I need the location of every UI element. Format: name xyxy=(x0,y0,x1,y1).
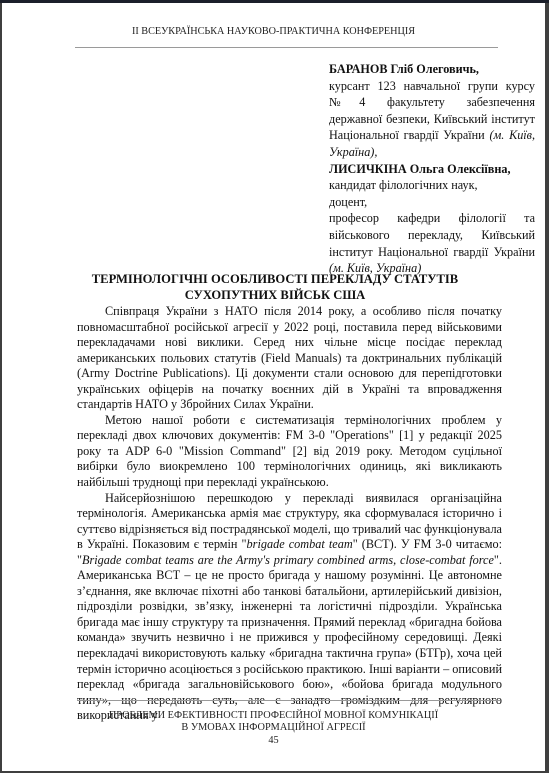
document-page: II ВСЕУКРАЇНСЬКА НАУКОВО-ПРАКТИЧНА КОНФЕ… xyxy=(2,3,545,771)
paragraph-1: Співпраця України з НАТО після 2014 року… xyxy=(77,304,502,413)
author-2-name: ЛИСИЧКІНА Ольга Олексіївна, xyxy=(329,161,535,178)
article-body: Співпраця України з НАТО після 2014 року… xyxy=(77,304,502,724)
paragraph-3: Найсерйознішою перешкодою у перекладі ви… xyxy=(77,491,502,724)
header-rule xyxy=(75,47,498,48)
author-block: БАРАНОВ Гліб Олеговичь, курсант 123 навч… xyxy=(329,61,535,277)
author-1-name: БАРАНОВ Гліб Олеговичь, xyxy=(329,61,535,78)
running-header: II ВСЕУКРАЇНСЬКА НАУКОВО-ПРАКТИЧНА КОНФЕ… xyxy=(2,26,545,37)
footer-line-2: В УМОВАХ ІНФОРМАЦІЙНОЇ АГРЕСІЇ xyxy=(2,722,545,734)
viewer-right-edge xyxy=(545,3,549,773)
page-number: 45 xyxy=(2,735,545,747)
footer-line-1: ПРОБЛЕМИ ЕФЕКТИВНОСТІ ПРОФЕСІЙНОЇ МОВНОЇ… xyxy=(2,710,545,722)
author-1-affiliation: курсант 123 навчальної групи курсу №4 фа… xyxy=(329,78,535,161)
term-bct: brigade combat team xyxy=(247,537,353,551)
footer-rule xyxy=(77,700,500,701)
article-title-line-1: ТЕРМІНОЛОГІЧНІ ОСОБЛИВОСТІ ПЕРЕКЛАДУ СТА… xyxy=(62,271,488,287)
author-2-affiliation: професор кафедри філології та військовог… xyxy=(329,210,535,276)
article-title: ТЕРМІНОЛОГІЧНІ ОСОБЛИВОСТІ ПЕРЕКЛАДУ СТА… xyxy=(62,271,488,303)
running-footer: ПРОБЛЕМИ ЕФЕКТИВНОСТІ ПРОФЕСІЙНОЇ МОВНОЇ… xyxy=(2,710,545,747)
author-2-title: доцент, xyxy=(329,194,535,211)
fm-quote: Brigade combat teams are the Army's prim… xyxy=(82,553,494,567)
author-2-degree: кандидат філологічних наук, xyxy=(329,177,535,194)
article-title-line-2: СУХОПУТНИХ ВІЙСЬК США xyxy=(62,287,488,303)
paragraph-2: Метою нашої роботи є систематизація терм… xyxy=(77,413,502,491)
